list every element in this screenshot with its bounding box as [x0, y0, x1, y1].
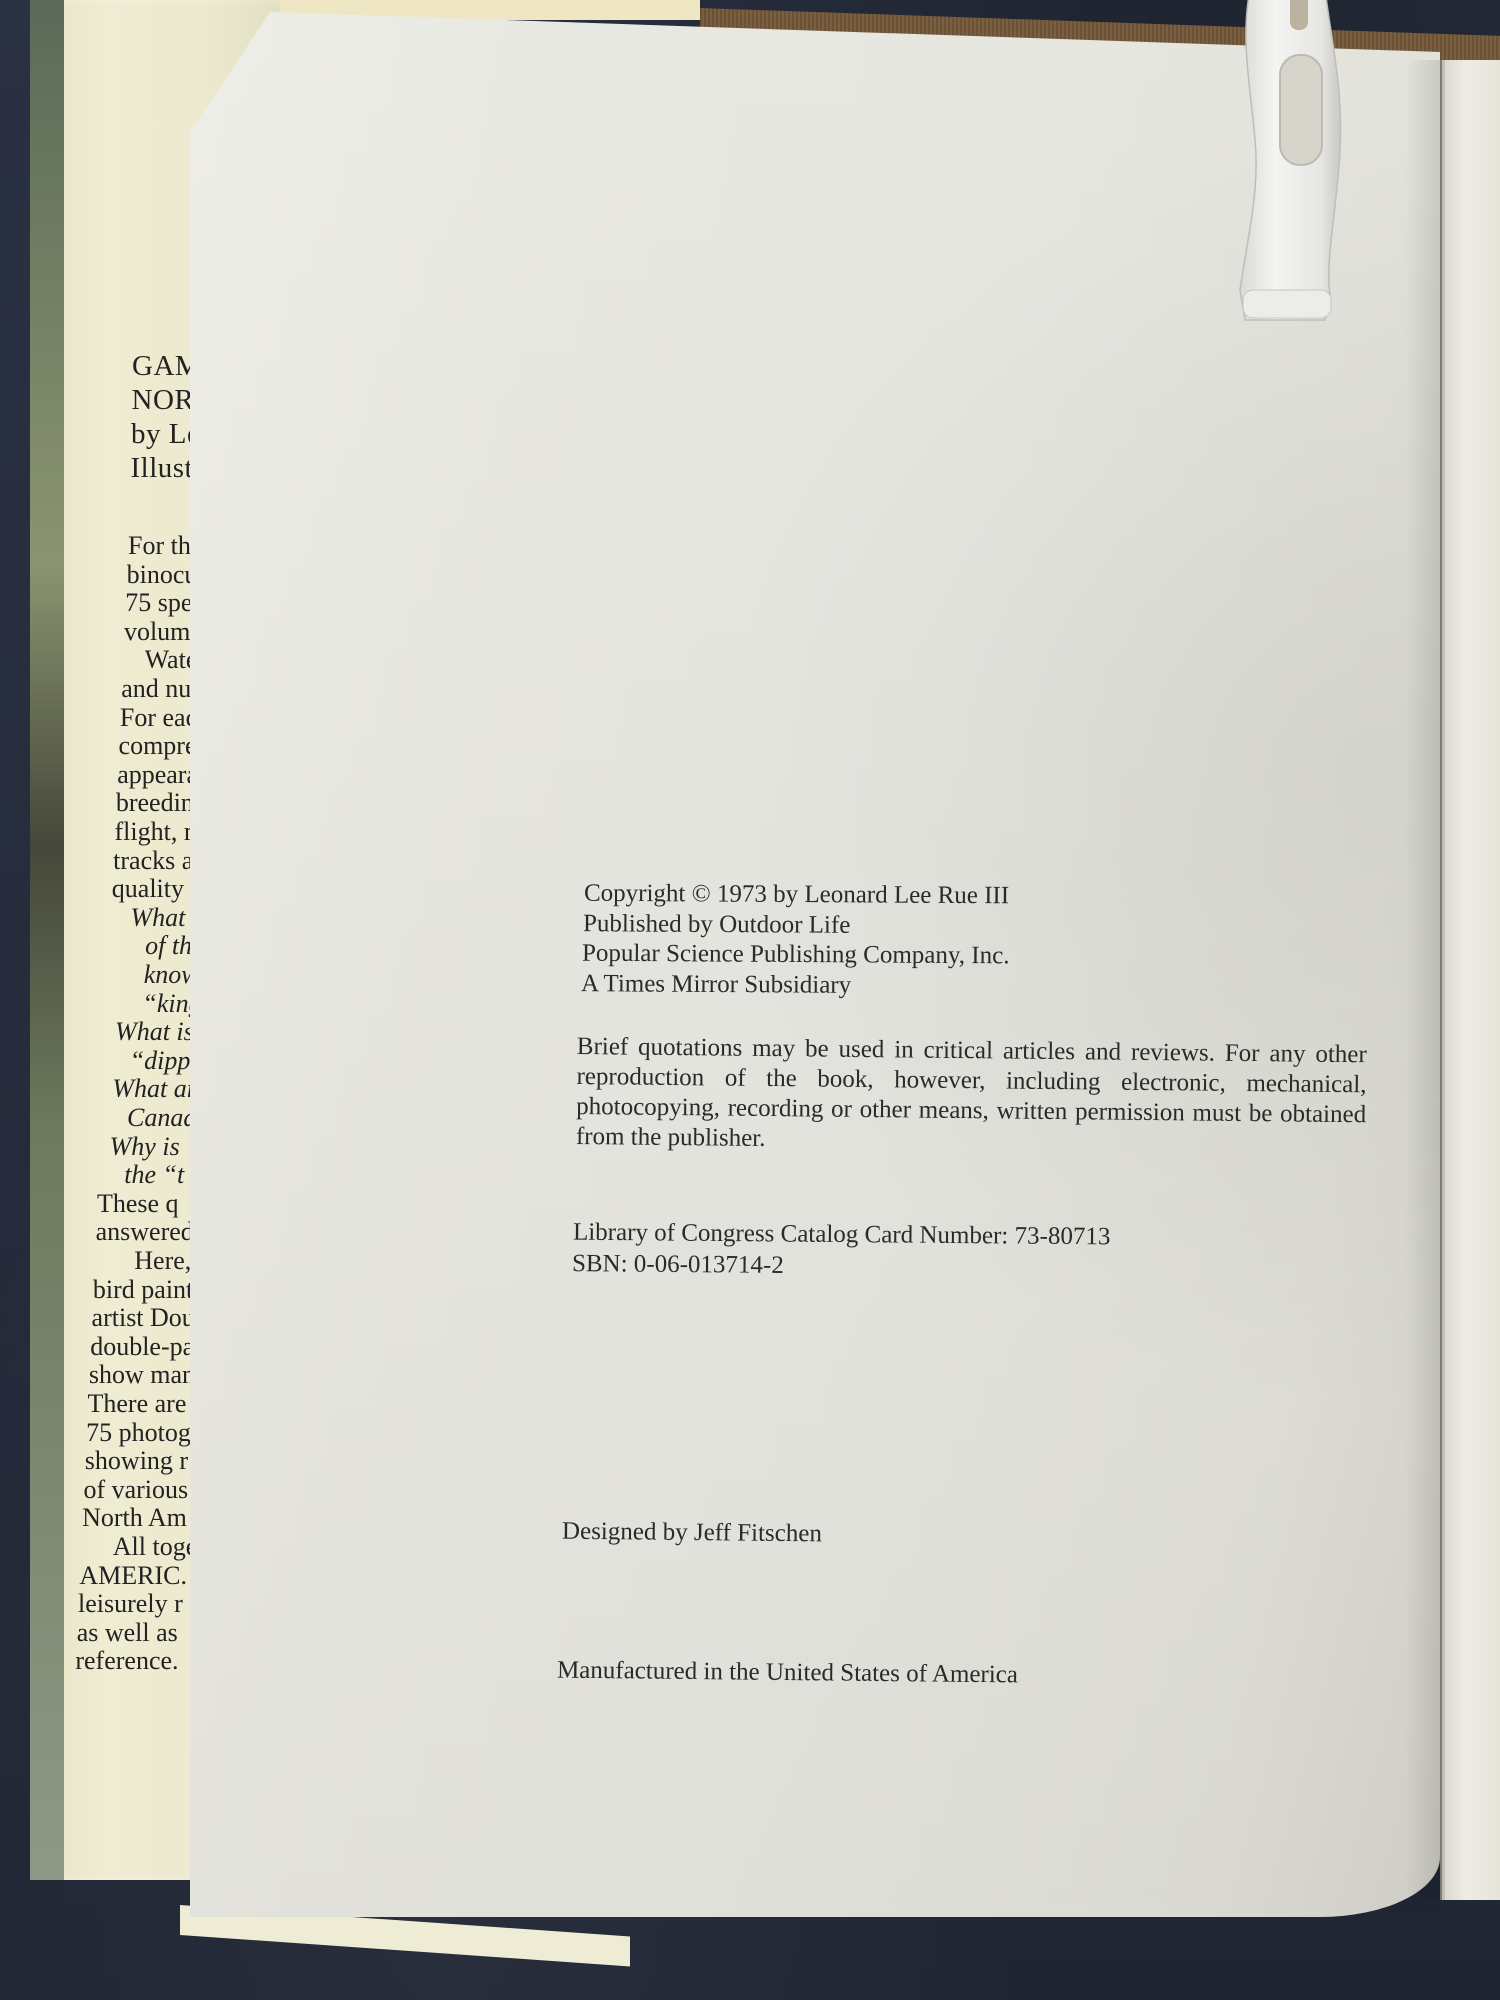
- page-right-edge-shadow: [1405, 60, 1445, 1900]
- manufacture-line: Manufactured in the United States of Ame…: [557, 1656, 1018, 1691]
- publisher-company-line: Popular Science Publishing Company, Inc.: [582, 939, 1010, 972]
- plastic-clip: [1225, 0, 1355, 325]
- publisher-line: Published by Outdoor Life: [583, 909, 851, 941]
- copyright-line: Copyright © 1973 by Leonard Lee Rue III: [584, 879, 1009, 912]
- lccn-line: Library of Congress Catalog Card Number:…: [573, 1218, 1111, 1253]
- designer-credit: Designed by Jeff Fitschen: [562, 1517, 822, 1550]
- sbn-line: SBN: 0-06-013714-2: [572, 1249, 784, 1281]
- subsidiary-line: A Times Mirror Subsidiary: [581, 969, 851, 1001]
- book-cover-right-edge: [1440, 60, 1500, 1900]
- rights-notice: Brief quotations may be used in critical…: [576, 1032, 1367, 1160]
- jacket-photo-strip: [30, 0, 64, 1880]
